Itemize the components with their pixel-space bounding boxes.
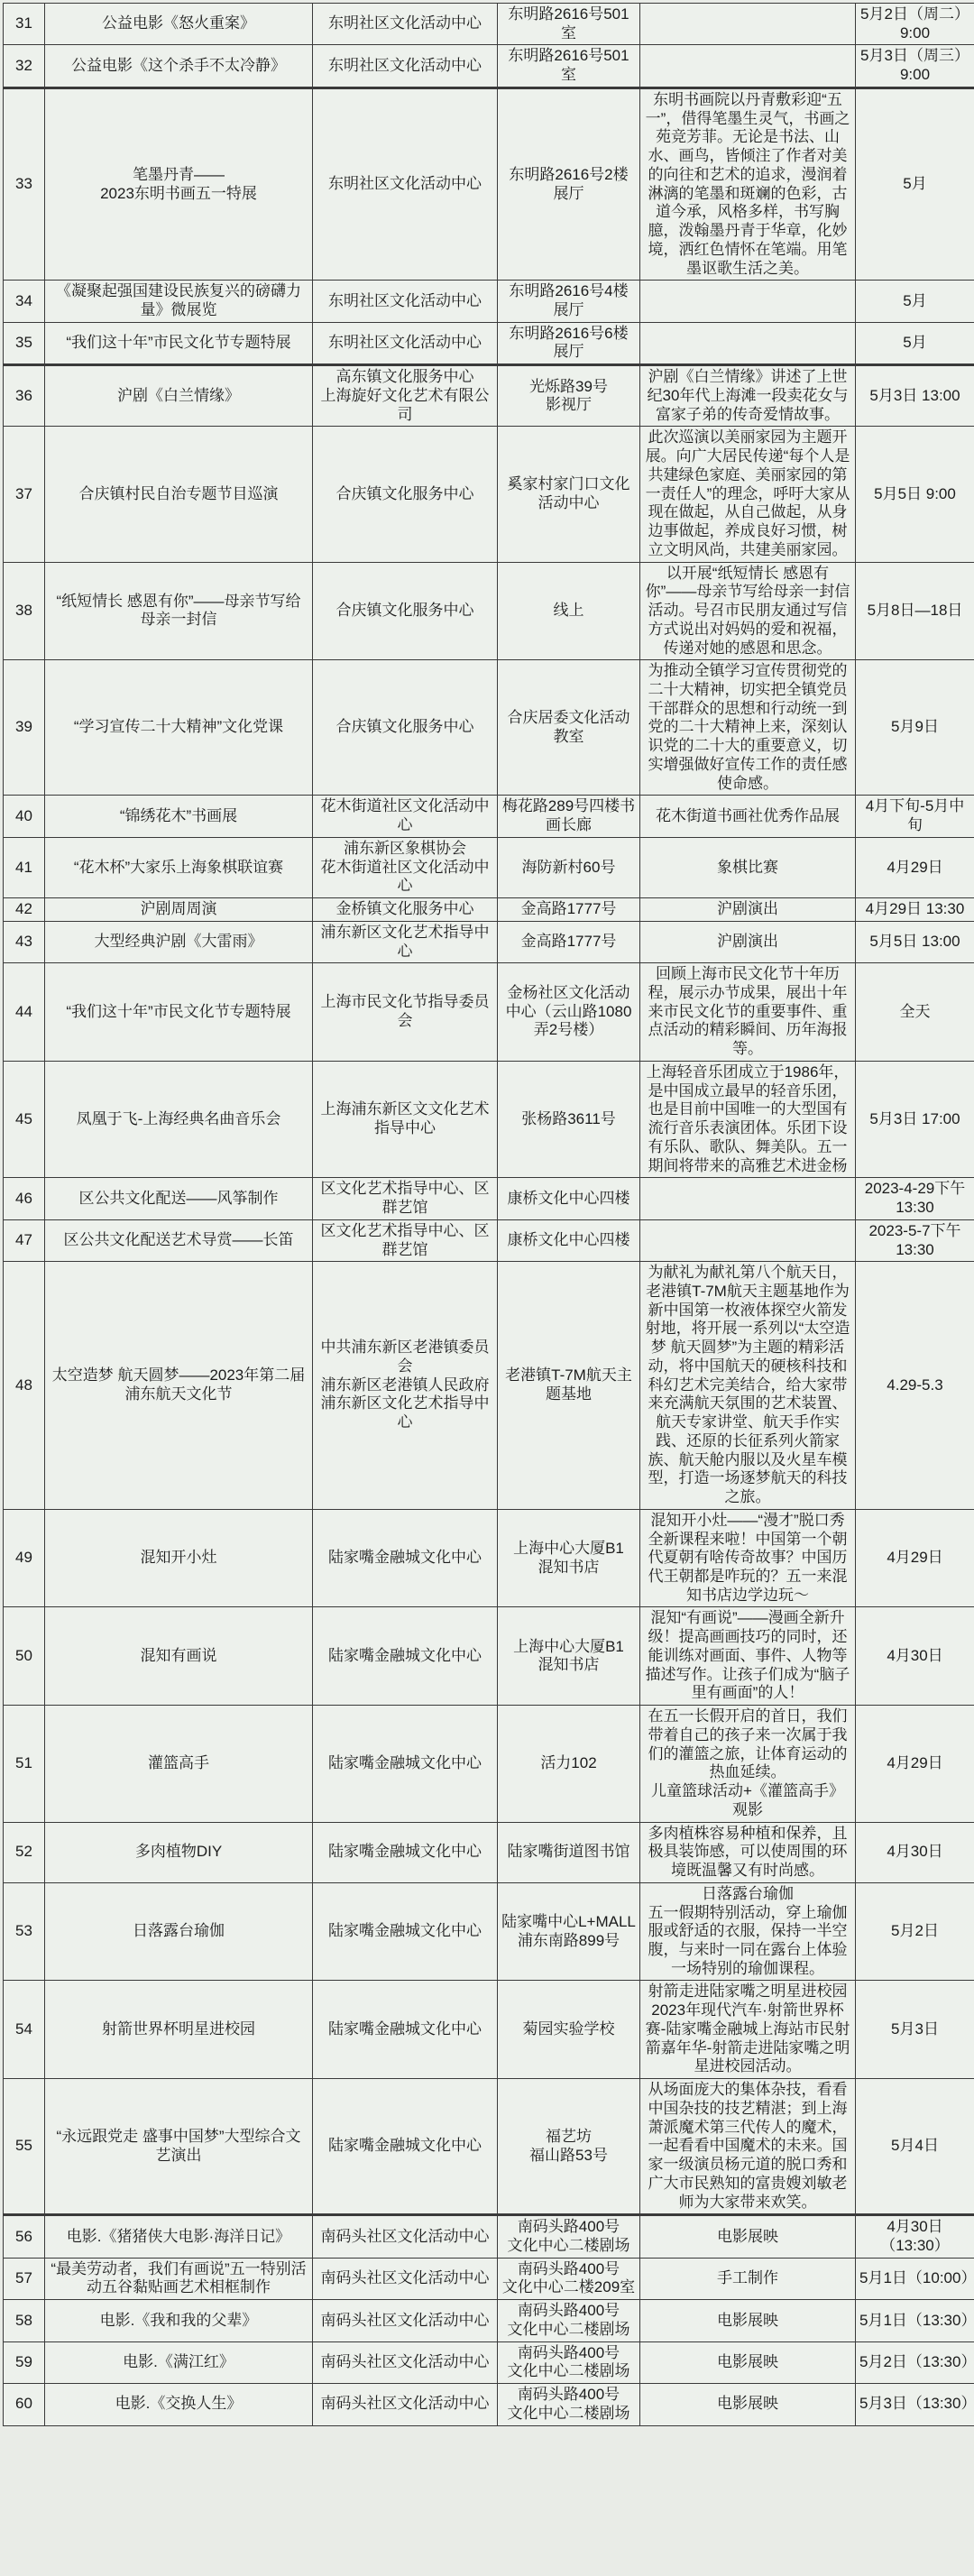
table-row: 48太空造梦 航天圆梦——2023年第二届浦东航天文化节中共浦东新区老港镇委员会… <box>4 1262 974 1510</box>
row-number-cell: 55 <box>4 2079 45 2215</box>
row-number-cell: 32 <box>4 45 45 87</box>
row-number-cell: 38 <box>4 562 45 660</box>
table-row: 41“花木杯”大家乐上海象棋联谊赛浦东新区象棋协会 花木街道社区文化活动中心海防… <box>4 837 974 897</box>
description-cell: 电影展映 <box>640 2384 856 2425</box>
date-time-cell: 5月2日（周二） 9:00 <box>856 4 974 45</box>
table-row: 46区公共文化配送——风筝制作区文化艺术指导中心、区群艺馆康桥文化中心四楼202… <box>4 1178 974 1219</box>
venue-cell: 合庆居委文化活动教室 <box>498 660 640 796</box>
event-name-cell: 灌篮高手 <box>45 1706 313 1822</box>
row-number-cell: 36 <box>4 365 45 427</box>
venue-cell: 光烁路39号 影视厅 <box>498 365 640 427</box>
organizer-cell: 南码头社区文化活动中心 <box>313 2300 498 2341</box>
organizer-cell: 陆家嘴金融城文化中心 <box>313 1822 498 1882</box>
table-row: 45凤凰于飞-上海经典名曲音乐会上海浦东新区文文化艺术指导中心张杨路3611号上… <box>4 1061 974 1177</box>
row-number-cell: 47 <box>4 1219 45 1261</box>
date-time-cell: 4月30日 <box>856 1607 974 1706</box>
venue-cell: 东明路2616号4楼展厅 <box>498 281 640 322</box>
table-row: 38“纸短情长 感恩有你”——母亲节写给母亲一封信合庆镇文化服务中心线上以开展“… <box>4 562 974 660</box>
description-cell <box>640 281 856 322</box>
organizer-cell: 东明社区文化活动中心 <box>313 87 498 280</box>
date-time-cell: 全天 <box>856 963 974 1062</box>
organizer-cell: 中共浦东新区老港镇委员会 浦东新区老港镇人民政府 浦东新区文化艺术指导中心 <box>313 1262 498 1510</box>
event-name-cell: “我们这十年”市民文化节专题特展 <box>45 963 313 1062</box>
organizer-cell: 金桥镇文化服务中心 <box>313 898 498 922</box>
date-time-cell: 5月3日 17:00 <box>856 1061 974 1177</box>
venue-cell: 上海中心大厦B1 混知书店 <box>498 1607 640 1706</box>
date-time-cell: 4月29日 <box>856 1706 974 1822</box>
organizer-cell: 合庆镇文化服务中心 <box>313 660 498 796</box>
event-name-cell: “我们这十年”市民文化节专题特展 <box>45 322 313 364</box>
table-row: 51灌篮高手陆家嘴金融城文化中心活力102在五一长假开启的首日，我们带着自己的孩… <box>4 1706 974 1822</box>
organizer-cell: 陆家嘴金融城文化中心 <box>313 1706 498 1822</box>
description-cell: 电影展映 <box>640 2300 856 2341</box>
organizer-cell: 东明社区文化活动中心 <box>313 45 498 87</box>
description-cell: 此次巡演以美丽家园为主题开展。向广大居民传递“每个人是共建绿色家庭、美丽家园的第… <box>640 427 856 562</box>
table-row: 36沪剧《白兰情缘》高东镇文化服务中心 上海旋好文化艺术有限公司光烁路39号 影… <box>4 365 974 427</box>
date-time-cell: 4月30日 （13:30） <box>856 2215 974 2258</box>
table-row: 59电影.《满江红》南码头社区文化活动中心南码头路400号 文化中心二楼剧场电影… <box>4 2341 974 2383</box>
date-time-cell: 4月下旬-5月中旬 <box>856 796 974 837</box>
venue-cell: 张杨路3611号 <box>498 1061 640 1177</box>
table-row: 35“我们这十年”市民文化节专题特展东明社区文化活动中心东明路2616号6楼展厅… <box>4 322 974 364</box>
organizer-cell: 浦东新区文化艺术指导中心 <box>313 921 498 962</box>
table-row: 50混知有画说陆家嘴金融城文化中心上海中心大厦B1 混知书店混知“有画说”——漫… <box>4 1607 974 1706</box>
row-number-cell: 33 <box>4 87 45 280</box>
row-number-cell: 35 <box>4 322 45 364</box>
table-row: 47区公共文化配送艺术导赏——长笛区文化艺术指导中心、区群艺馆康桥文化中心四楼2… <box>4 1219 974 1261</box>
event-name-cell: 大型经典沪剧《大雷雨》 <box>45 921 313 962</box>
description-cell: 混知“有画说”——漫画全新升级！提高画画技巧的同时，还能训练对画面、事件、人物等… <box>640 1607 856 1706</box>
table-row: 58电影.《我和我的父辈》南码头社区文化活动中心南码头路400号 文化中心二楼剧… <box>4 2300 974 2341</box>
organizer-cell: 南码头社区文化活动中心 <box>313 2215 498 2258</box>
table-row: 37合庆镇村民自治专题节目巡演合庆镇文化服务中心奚家村家门口文化活动中心此次巡演… <box>4 427 974 562</box>
organizer-cell: 南码头社区文化活动中心 <box>313 2341 498 2383</box>
table-row: 42沪剧周周演金桥镇文化服务中心金高路1777号沪剧演出4月29日 13:30 <box>4 898 974 922</box>
row-number-cell: 40 <box>4 796 45 837</box>
date-time-cell: 5月3日（13:30） <box>856 2384 974 2425</box>
table-row: 60电影.《交换人生》南码头社区文化活动中心南码头路400号 文化中心二楼剧场电… <box>4 2384 974 2425</box>
venue-cell: 活力102 <box>498 1706 640 1822</box>
table-row: 56电影.《猪猪侠大电影·海洋日记》南码头社区文化活动中心南码头路400号 文化… <box>4 2215 974 2258</box>
description-cell: 在五一长假开启的首日，我们带着自己的孩子来一次属于我们的灌篮之旅，让体育运动的热… <box>640 1706 856 1822</box>
row-number-cell: 44 <box>4 963 45 1062</box>
row-number-cell: 46 <box>4 1178 45 1219</box>
date-time-cell: 4月29日 <box>856 837 974 897</box>
venue-cell: 陆家嘴街道图书馆 <box>498 1822 640 1882</box>
date-time-cell: 5月2日（13:30） <box>856 2341 974 2383</box>
table-row: 40“锦绣花木”书画展花木街道社区文化活动中心梅花路289号四楼书画长廊花木街道… <box>4 796 974 837</box>
organizer-cell: 南码头社区文化活动中心 <box>313 2384 498 2425</box>
event-name-cell: “永远跟党走 盛事中国梦”大型综合文艺演出 <box>45 2079 313 2215</box>
row-number-cell: 49 <box>4 1509 45 1607</box>
organizer-cell: 高东镇文化服务中心 上海旋好文化艺术有限公司 <box>313 365 498 427</box>
description-cell: 沪剧《白兰情缘》讲述了上世纪30年代上海滩一段卖花女与富家子弟的传奇爱情故事。 <box>640 365 856 427</box>
table-row: 57“最美劳动者，我们有画说”五一特别活动五谷黏贴画艺术相框制作南码头社区文化活… <box>4 2258 974 2299</box>
table-row: 53日落露台瑜伽陆家嘴金融城文化中心陆家嘴中心L+MALL 浦东南路899号日落… <box>4 1882 974 1981</box>
venue-cell: 陆家嘴中心L+MALL 浦东南路899号 <box>498 1882 640 1981</box>
row-number-cell: 50 <box>4 1607 45 1706</box>
event-name-cell: 沪剧周周演 <box>45 898 313 922</box>
organizer-cell: 区文化艺术指导中心、区群艺馆 <box>313 1178 498 1219</box>
event-name-cell: 笔墨丹青—— 2023东明书画五一特展 <box>45 87 313 280</box>
event-name-cell: 区公共文化配送——风筝制作 <box>45 1178 313 1219</box>
date-time-cell: 5月3日（周三） 9:00 <box>856 45 974 87</box>
description-cell: 手工制作 <box>640 2258 856 2299</box>
venue-cell: 东明路2616号501室 <box>498 45 640 87</box>
venue-cell: 金杨社区文化活动中心（云山路1080弄2号楼） <box>498 963 640 1062</box>
organizer-cell: 花木街道社区文化活动中心 <box>313 796 498 837</box>
table-row: 32公益电影《这个杀手不太冷静》东明社区文化活动中心东明路2616号501室5月… <box>4 45 974 87</box>
description-cell: 为献礼为献礼第八个航天日，老港镇T-7M航天主题基地作为新中国第一枚液体探空火箭… <box>640 1262 856 1510</box>
table-row: 31公益电影《怒火重案》东明社区文化活动中心东明路2616号501室5月2日（周… <box>4 4 974 45</box>
description-cell <box>640 322 856 364</box>
date-time-cell: 5月5日 9:00 <box>856 427 974 562</box>
row-number-cell: 56 <box>4 2215 45 2258</box>
description-cell: 从场面庞大的集体杂技，看看中国杂技的技艺精湛；到上海萧派魔术第三代传人的魔术，一… <box>640 2079 856 2215</box>
event-name-cell: 电影.《交换人生》 <box>45 2384 313 2425</box>
venue-cell: 上海中心大厦B1 混知书店 <box>498 1509 640 1607</box>
table-row: 33笔墨丹青—— 2023东明书画五一特展东明社区文化活动中心东明路2616号2… <box>4 87 974 280</box>
description-cell <box>640 1219 856 1261</box>
organizer-cell: 区文化艺术指导中心、区群艺馆 <box>313 1219 498 1261</box>
venue-cell: 金高路1777号 <box>498 921 640 962</box>
venue-cell: 康桥文化中心四楼 <box>498 1219 640 1261</box>
row-number-cell: 34 <box>4 281 45 322</box>
description-cell: 回顾上海市民文化节十年历程，展示办节成果，展出十年来市民文化节的重要事件、重点活… <box>640 963 856 1062</box>
event-name-cell: 电影.《猪猪侠大电影·海洋日记》 <box>45 2215 313 2258</box>
organizer-cell: 东明社区文化活动中心 <box>313 4 498 45</box>
table-row: 49混知开小灶陆家嘴金融城文化中心上海中心大厦B1 混知书店混知开小灶——“漫才… <box>4 1509 974 1607</box>
organizer-cell: 合庆镇文化服务中心 <box>313 562 498 660</box>
event-name-cell: 区公共文化配送艺术导赏——长笛 <box>45 1219 313 1261</box>
venue-cell: 南码头路400号 文化中心二楼剧场 <box>498 2300 640 2341</box>
organizer-cell: 陆家嘴金融城文化中心 <box>313 1509 498 1607</box>
date-time-cell: 5月3日 <box>856 1981 974 2079</box>
date-time-cell: 5月2日 <box>856 1882 974 1981</box>
event-name-cell: 电影.《满江红》 <box>45 2341 313 2383</box>
organizer-cell: 陆家嘴金融城文化中心 <box>313 1882 498 1981</box>
description-cell: 花木街道书画社优秀作品展 <box>640 796 856 837</box>
event-name-cell: 射箭世界杯明星进校园 <box>45 1981 313 2079</box>
date-time-cell: 4月29日 13:30 <box>856 898 974 922</box>
venue-cell: 南码头路400号 文化中心二楼剧场 <box>498 2341 640 2383</box>
venue-cell: 东明路2616号501室 <box>498 4 640 45</box>
venue-cell: 海防新村60号 <box>498 837 640 897</box>
description-cell <box>640 1178 856 1219</box>
row-number-cell: 43 <box>4 921 45 962</box>
organizer-cell: 上海市民文化节指导委员会 <box>313 963 498 1062</box>
event-name-cell: 日落露台瑜伽 <box>45 1882 313 1981</box>
event-name-cell: “锦绣花木”书画展 <box>45 796 313 837</box>
venue-cell: 东明路2616号6楼展厅 <box>498 322 640 364</box>
description-cell: 以开展“纸短情长 感恩有你”——母亲节写给母亲一封信活动。号召市民朋友通过写信方… <box>640 562 856 660</box>
venue-cell: 南码头路400号 文化中心二楼剧场 <box>498 2215 640 2258</box>
description-cell: 东明书画院以丹青敷彩迎“五一”，借得笔墨生灵气，书画之苑竞芳菲。无论是书法、山水… <box>640 87 856 280</box>
description-cell: 象棋比赛 <box>640 837 856 897</box>
description-cell <box>640 45 856 87</box>
date-time-cell: 5月 <box>856 87 974 280</box>
event-name-cell: 凤凰于飞-上海经典名曲音乐会 <box>45 1061 313 1177</box>
table-row: 44“我们这十年”市民文化节专题特展上海市民文化节指导委员会金杨社区文化活动中心… <box>4 963 974 1062</box>
event-name-cell: “纸短情长 感恩有你”——母亲节写给母亲一封信 <box>45 562 313 660</box>
events-table: 31公益电影《怒火重案》东明社区文化活动中心东明路2616号501室5月2日（周… <box>3 3 974 2426</box>
venue-cell: 老港镇T-7M航天主题基地 <box>498 1262 640 1510</box>
date-time-cell: 2023-5-7下午 13:30 <box>856 1219 974 1261</box>
venue-cell: 南码头路400号 文化中心二楼剧场 <box>498 2384 640 2425</box>
event-name-cell: 电影.《我和我的父辈》 <box>45 2300 313 2341</box>
venue-cell: 东明路2616号2楼展厅 <box>498 87 640 280</box>
date-time-cell: 5月1日（13:30） <box>856 2300 974 2341</box>
date-time-cell: 5月8日—18日 <box>856 562 974 660</box>
organizer-cell: 南码头社区文化活动中心 <box>313 2258 498 2299</box>
venue-cell: 南码头路400号 文化中心二楼209室 <box>498 2258 640 2299</box>
row-number-cell: 37 <box>4 427 45 562</box>
description-cell: 多肉植株容易种植和保养，且极具装饰感，可以使周围的环境既温馨又有时尚感。 <box>640 1822 856 1882</box>
row-number-cell: 48 <box>4 1262 45 1510</box>
organizer-cell: 东明社区文化活动中心 <box>313 281 498 322</box>
organizer-cell: 陆家嘴金融城文化中心 <box>313 1607 498 1706</box>
description-cell <box>640 4 856 45</box>
row-number-cell: 51 <box>4 1706 45 1822</box>
organizer-cell: 浦东新区象棋协会 花木街道社区文化活动中心 <box>313 837 498 897</box>
date-time-cell: 5月1日（10:00） <box>856 2258 974 2299</box>
date-time-cell: 4月30日 <box>856 1822 974 1882</box>
event-name-cell: 混知开小灶 <box>45 1509 313 1607</box>
organizer-cell: 上海浦东新区文文化艺术指导中心 <box>313 1061 498 1177</box>
date-time-cell: 4.29-5.3 <box>856 1262 974 1510</box>
venue-cell: 线上 <box>498 562 640 660</box>
venue-cell: 菊园实验学校 <box>498 1981 640 2079</box>
event-name-cell: “最美劳动者，我们有画说”五一特别活动五谷黏贴画艺术相框制作 <box>45 2258 313 2299</box>
row-number-cell: 52 <box>4 1822 45 1882</box>
venue-cell: 康桥文化中心四楼 <box>498 1178 640 1219</box>
description-cell: 上海轻音乐团成立于1986年，是中国成立最早的轻音乐团，也是目前中国唯一的大型国… <box>640 1061 856 1177</box>
organizer-cell: 合庆镇文化服务中心 <box>313 427 498 562</box>
table-row: 52多肉植物DIY陆家嘴金融城文化中心陆家嘴街道图书馆多肉植株容易种植和保养，且… <box>4 1822 974 1882</box>
description-cell: 射箭走进陆家嘴之明星进校园2023年现代汽车·射箭世界杯赛-陆家嘴金融城上海站市… <box>640 1981 856 2079</box>
date-time-cell: 5月 <box>856 322 974 364</box>
event-name-cell: “学习宣传二十大精神”文化党课 <box>45 660 313 796</box>
description-cell: 日落露台瑜伽 五一假期特别活动，穿上瑜伽服或舒适的衣服，保持一半空腹，与来时一同… <box>640 1882 856 1981</box>
date-time-cell: 2023-4-29下午 13:30 <box>856 1178 974 1219</box>
venue-cell: 金高路1777号 <box>498 898 640 922</box>
row-number-cell: 58 <box>4 2300 45 2341</box>
row-number-cell: 41 <box>4 837 45 897</box>
venue-cell: 奚家村家门口文化活动中心 <box>498 427 640 562</box>
row-number-cell: 42 <box>4 898 45 922</box>
description-cell: 电影展映 <box>640 2215 856 2258</box>
document-page: 31公益电影《怒火重案》东明社区文化活动中心东明路2616号501室5月2日（周… <box>0 0 974 2576</box>
date-time-cell: 4月29日 <box>856 1509 974 1607</box>
description-cell: 混知开小灶——“漫才”脱口秀全新课程来啦！中国第一个朝代夏朝有啥传奇故事？中国历… <box>640 1509 856 1607</box>
event-name-cell: 《凝聚起强国建设民族复兴的磅礴力量》微展览 <box>45 281 313 322</box>
row-number-cell: 59 <box>4 2341 45 2383</box>
event-name-cell: 公益电影《这个杀手不太冷静》 <box>45 45 313 87</box>
description-cell: 沪剧演出 <box>640 898 856 922</box>
event-name-cell: 沪剧《白兰情缘》 <box>45 365 313 427</box>
event-name-cell: 公益电影《怒火重案》 <box>45 4 313 45</box>
row-number-cell: 31 <box>4 4 45 45</box>
event-name-cell: 多肉植物DIY <box>45 1822 313 1882</box>
date-time-cell: 5月4日 <box>856 2079 974 2215</box>
event-name-cell: “花木杯”大家乐上海象棋联谊赛 <box>45 837 313 897</box>
events-table-body: 31公益电影《怒火重案》东明社区文化活动中心东明路2616号501室5月2日（周… <box>4 4 974 2426</box>
event-name-cell: 太空造梦 航天圆梦——2023年第二届浦东航天文化节 <box>45 1262 313 1510</box>
row-number-cell: 54 <box>4 1981 45 2079</box>
date-time-cell: 5月3日 13:00 <box>856 365 974 427</box>
row-number-cell: 57 <box>4 2258 45 2299</box>
organizer-cell: 陆家嘴金融城文化中心 <box>313 1981 498 2079</box>
table-row: 43大型经典沪剧《大雷雨》浦东新区文化艺术指导中心金高路1777号沪剧演出5月5… <box>4 921 974 962</box>
table-row: 54射箭世界杯明星进校园陆家嘴金融城文化中心菊园实验学校射箭走进陆家嘴之明星进校… <box>4 1981 974 2079</box>
venue-cell: 福艺坊 福山路53号 <box>498 2079 640 2215</box>
date-time-cell: 5月9日 <box>856 660 974 796</box>
table-row: 55“永远跟党走 盛事中国梦”大型综合文艺演出陆家嘴金融城文化中心福艺坊 福山路… <box>4 2079 974 2215</box>
row-number-cell: 53 <box>4 1882 45 1981</box>
description-cell: 沪剧演出 <box>640 921 856 962</box>
row-number-cell: 60 <box>4 2384 45 2425</box>
row-number-cell: 39 <box>4 660 45 796</box>
row-number-cell: 45 <box>4 1061 45 1177</box>
description-cell: 为推动全镇学习宣传贯彻党的二十大精神，切实把全镇党员干部群众的思想和行动统一到党… <box>640 660 856 796</box>
event-name-cell: 混知有画说 <box>45 1607 313 1706</box>
description-cell: 电影展映 <box>640 2341 856 2383</box>
organizer-cell: 东明社区文化活动中心 <box>313 322 498 364</box>
organizer-cell: 陆家嘴金融城文化中心 <box>313 2079 498 2215</box>
event-name-cell: 合庆镇村民自治专题节目巡演 <box>45 427 313 562</box>
table-row: 34《凝聚起强国建设民族复兴的磅礴力量》微展览东明社区文化活动中心东明路2616… <box>4 281 974 322</box>
date-time-cell: 5月5日 13:00 <box>856 921 974 962</box>
table-row: 39“学习宣传二十大精神”文化党课合庆镇文化服务中心合庆居委文化活动教室为推动全… <box>4 660 974 796</box>
date-time-cell: 5月 <box>856 281 974 322</box>
venue-cell: 梅花路289号四楼书画长廊 <box>498 796 640 837</box>
